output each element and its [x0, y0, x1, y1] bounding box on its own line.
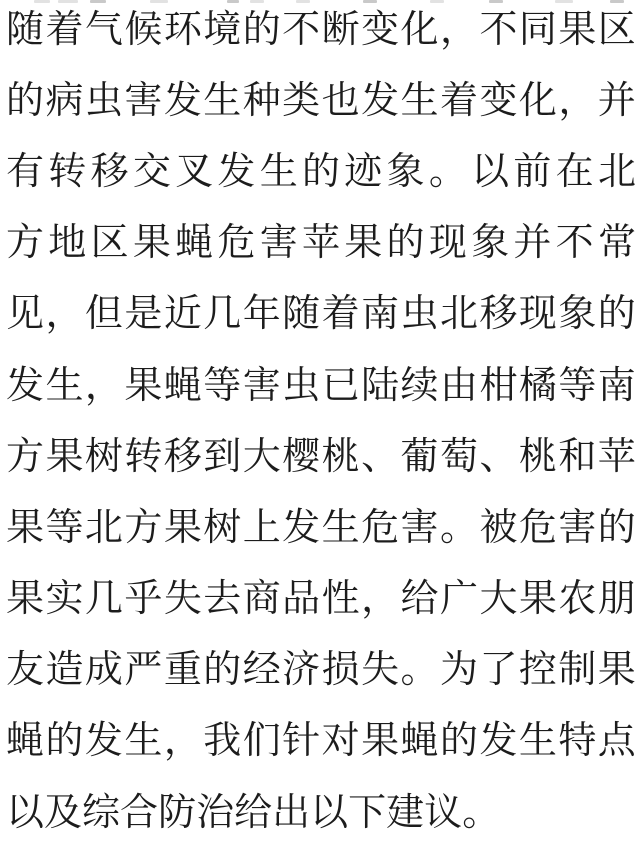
text-line: 见，但是近几年随着南虫北移现象的	[6, 279, 636, 350]
text-line: 蝇的发生，我们针对果蝇的发生特点	[6, 706, 636, 777]
character: 着	[440, 82, 478, 120]
character: 大	[243, 438, 281, 476]
character: 发	[164, 82, 202, 120]
character: 虫	[85, 82, 123, 120]
character: 重	[164, 651, 202, 689]
character: 移	[479, 295, 517, 333]
character: 北	[85, 509, 123, 547]
character: 已	[322, 367, 360, 405]
character: 的	[598, 295, 636, 333]
character: 给	[234, 794, 272, 832]
character: ，	[558, 82, 596, 120]
text-line: 以及综合防治给出以下建议。	[6, 777, 636, 848]
character: 叉	[175, 153, 213, 191]
character: 但	[85, 295, 123, 333]
character: 等	[203, 367, 241, 405]
character: 生	[322, 509, 360, 547]
character: 的	[45, 722, 83, 760]
character: 了	[479, 651, 517, 689]
character: 发	[217, 153, 255, 191]
character: 候	[124, 11, 162, 49]
character: 几	[85, 580, 123, 618]
character: 以	[310, 794, 348, 832]
character: 果	[361, 722, 399, 760]
character: 蝇	[6, 722, 44, 760]
character: 同	[519, 11, 557, 49]
text-line: 友造成严重的经济损失。为了控制果	[6, 635, 636, 706]
character: 前	[513, 153, 551, 191]
character: 出	[272, 794, 310, 832]
character: 着	[45, 11, 83, 49]
character: 朋	[598, 580, 636, 618]
character: 的	[302, 153, 340, 191]
character: 生	[519, 722, 557, 760]
character: 区	[598, 11, 636, 49]
character: 樱	[282, 438, 320, 476]
character: 我	[203, 722, 241, 760]
character: 方	[6, 224, 44, 262]
character: 造	[45, 651, 83, 689]
character: 苹	[302, 224, 340, 262]
character: 以	[471, 153, 509, 191]
character: 和	[558, 438, 596, 476]
character: 化	[519, 82, 557, 120]
character: 失	[361, 651, 399, 689]
character: ，	[45, 295, 83, 333]
character: 成	[85, 651, 123, 689]
character: 发	[361, 82, 399, 120]
character: 变	[479, 82, 517, 120]
character: 地	[48, 224, 86, 262]
character: 转	[124, 438, 162, 476]
character: 北	[598, 153, 636, 191]
character: 在	[556, 153, 594, 191]
character: 象	[387, 153, 425, 191]
character: 、	[479, 438, 517, 476]
character: 果	[45, 438, 83, 476]
character: 生	[401, 82, 439, 120]
article-page: 随着气候环境的不断变化，不同果区的病虫害发生种类也发生着变化，并有转移交叉发生的…	[0, 0, 640, 867]
character: 的	[203, 651, 241, 689]
character: 议	[424, 794, 462, 832]
character: 树	[203, 509, 241, 547]
character: 萄	[440, 438, 478, 476]
character: 商	[243, 580, 281, 618]
character: 着	[322, 295, 360, 333]
character: 生	[124, 722, 162, 760]
character: 并	[598, 82, 636, 120]
character: 象	[558, 295, 596, 333]
character: 桃	[322, 438, 360, 476]
character: 果	[6, 509, 44, 547]
character: 下	[348, 794, 386, 832]
character: 区	[91, 224, 129, 262]
character: 果	[133, 224, 171, 262]
character: 南	[598, 367, 636, 405]
character: 柑	[479, 367, 517, 405]
character: 蝇	[401, 722, 439, 760]
character: 年	[243, 295, 281, 333]
character: 陆	[361, 367, 399, 405]
character: 常	[598, 224, 636, 262]
character: 不	[479, 11, 517, 49]
character: 并	[513, 224, 551, 262]
character: 虫	[401, 295, 439, 333]
character: 果	[558, 11, 596, 49]
character: 害	[124, 82, 162, 120]
character: 点	[598, 722, 636, 760]
character: 及	[44, 794, 82, 832]
text-line: 发生，果蝇等害虫已陆续由柑橘等南	[6, 350, 636, 421]
character: 橘	[519, 367, 557, 405]
character: 交	[133, 153, 171, 191]
character: 危	[361, 509, 399, 547]
character: 上	[243, 509, 281, 547]
text-line: 的病虫害发生种类也发生着变化，并	[6, 65, 636, 136]
character: 的	[243, 11, 281, 49]
character: 发	[85, 722, 123, 760]
character: 现	[519, 295, 557, 333]
character: 生	[203, 82, 241, 120]
character: 危	[217, 224, 255, 262]
character: 严	[124, 651, 162, 689]
character: 现	[429, 224, 467, 262]
character: 葡	[401, 438, 439, 476]
character: 控	[519, 651, 557, 689]
character: 迹	[344, 153, 382, 191]
character: 去	[203, 580, 241, 618]
character: 大	[479, 580, 517, 618]
text-line: 方果树转移到大樱桃、葡萄、桃和苹	[6, 421, 636, 492]
character: 的	[387, 224, 425, 262]
character: 。	[440, 509, 478, 547]
character: 南	[361, 295, 399, 333]
character: 实	[45, 580, 83, 618]
character: 综	[82, 794, 120, 832]
character: 损	[322, 651, 360, 689]
character: 方	[6, 438, 44, 476]
character: 境	[203, 11, 241, 49]
character: 广	[440, 580, 478, 618]
character: 以	[6, 794, 44, 832]
character: ，	[361, 580, 399, 618]
character: 失	[164, 580, 202, 618]
character: 害	[401, 509, 439, 547]
character: 被	[479, 509, 517, 547]
character: 建	[386, 794, 424, 832]
character: 病	[45, 82, 83, 120]
character: 为	[440, 651, 478, 689]
character: 移	[164, 438, 202, 476]
character: 害	[243, 367, 281, 405]
character: 树	[85, 438, 123, 476]
character: 乎	[124, 580, 162, 618]
character: 果	[598, 651, 636, 689]
character: 有	[6, 153, 44, 191]
character: 环	[164, 11, 202, 49]
character: 化	[401, 11, 439, 49]
character: 发	[6, 367, 44, 405]
character: 到	[203, 438, 241, 476]
character: 是	[124, 295, 162, 333]
character: 转	[48, 153, 86, 191]
character: 生	[45, 367, 83, 405]
character: 北	[440, 295, 478, 333]
character: ，	[85, 367, 123, 405]
character: 几	[203, 295, 241, 333]
character: 对	[322, 722, 360, 760]
character: 象	[471, 224, 509, 262]
character: ，	[440, 11, 478, 49]
character: 、	[361, 438, 399, 476]
character: 果	[519, 580, 557, 618]
character: 等	[558, 367, 596, 405]
character: 不	[556, 224, 594, 262]
character: 移	[91, 153, 129, 191]
character: 种	[243, 82, 281, 120]
character: 气	[85, 11, 123, 49]
character: 蝇	[175, 224, 213, 262]
character: 果	[344, 224, 382, 262]
character: 断	[322, 11, 360, 49]
character: 苹	[598, 438, 636, 476]
character: 给	[401, 580, 439, 618]
character: 针	[282, 722, 320, 760]
character: 方	[124, 509, 162, 547]
character: 防	[158, 794, 196, 832]
character: 发	[479, 722, 517, 760]
character: ，	[164, 722, 202, 760]
character: 害	[558, 509, 596, 547]
text-line: 有转移交叉发生的迹象。以前在北	[6, 136, 636, 207]
character: 们	[243, 722, 281, 760]
character: 随	[6, 11, 44, 49]
character: 发	[282, 509, 320, 547]
character: 续	[401, 367, 439, 405]
character: 果	[6, 580, 44, 618]
character: 近	[164, 295, 202, 333]
character: 桃	[519, 438, 557, 476]
text-line: 随着气候环境的不断变化，不同果区	[6, 0, 636, 65]
character: 危	[519, 509, 557, 547]
text-line: 方地区果蝇危害苹果的现象并不常	[6, 208, 636, 279]
character: 随	[282, 295, 320, 333]
character: 济	[282, 651, 320, 689]
character: 见	[6, 295, 44, 333]
character: 合	[120, 794, 158, 832]
character: 性	[322, 580, 360, 618]
character: 。	[462, 794, 500, 832]
character: 等	[45, 509, 83, 547]
character: 农	[558, 580, 596, 618]
character: 害	[260, 224, 298, 262]
character: 生	[260, 153, 298, 191]
character: 也	[322, 82, 360, 120]
character: 品	[282, 580, 320, 618]
character: 经	[243, 651, 281, 689]
character: 类	[282, 82, 320, 120]
character: 虫	[282, 367, 320, 405]
character: 。	[401, 651, 439, 689]
text-line: 果等北方果树上发生危害。被危害的	[6, 492, 636, 563]
character: 果	[164, 509, 202, 547]
character: 的	[440, 722, 478, 760]
character: 。	[429, 153, 467, 191]
character: 友	[6, 651, 44, 689]
character: 蝇	[164, 367, 202, 405]
character: 变	[361, 11, 399, 49]
paragraph-text: 随着气候环境的不断变化，不同果区的病虫害发生种类也发生着变化，并有转移交叉发生的…	[6, 0, 636, 848]
character: 不	[282, 11, 320, 49]
character: 由	[440, 367, 478, 405]
text-line: 果实几乎失去商品性，给广大果农朋	[6, 564, 636, 635]
character: 治	[196, 794, 234, 832]
character: 的	[6, 82, 44, 120]
character: 制	[558, 651, 596, 689]
character: 的	[598, 509, 636, 547]
character: 果	[124, 367, 162, 405]
character: 特	[558, 722, 596, 760]
